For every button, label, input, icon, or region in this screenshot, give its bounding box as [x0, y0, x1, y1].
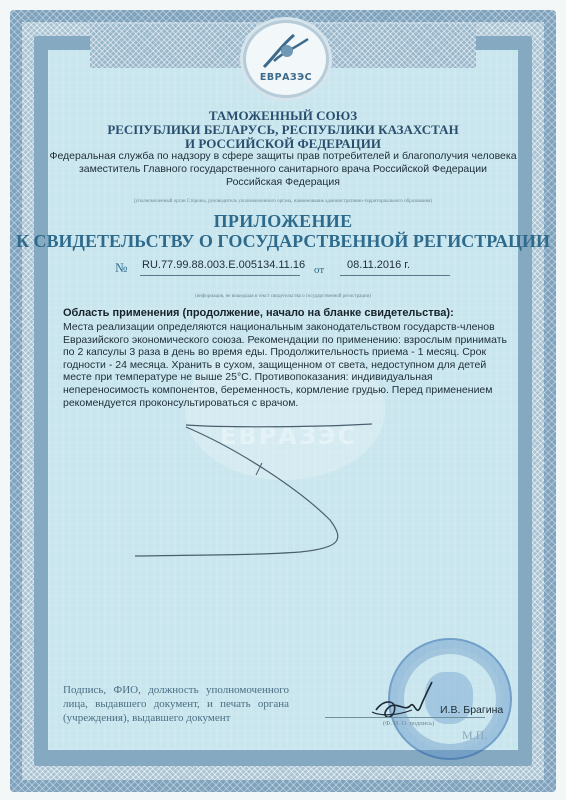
- signature-line: [325, 717, 485, 718]
- fio-caption: (Ф. И. О. подпись): [383, 720, 434, 727]
- signature-icon: [0, 0, 566, 800]
- seal-mark: М.П.: [462, 728, 487, 743]
- signatory-name: И.В. Брагина: [440, 704, 503, 716]
